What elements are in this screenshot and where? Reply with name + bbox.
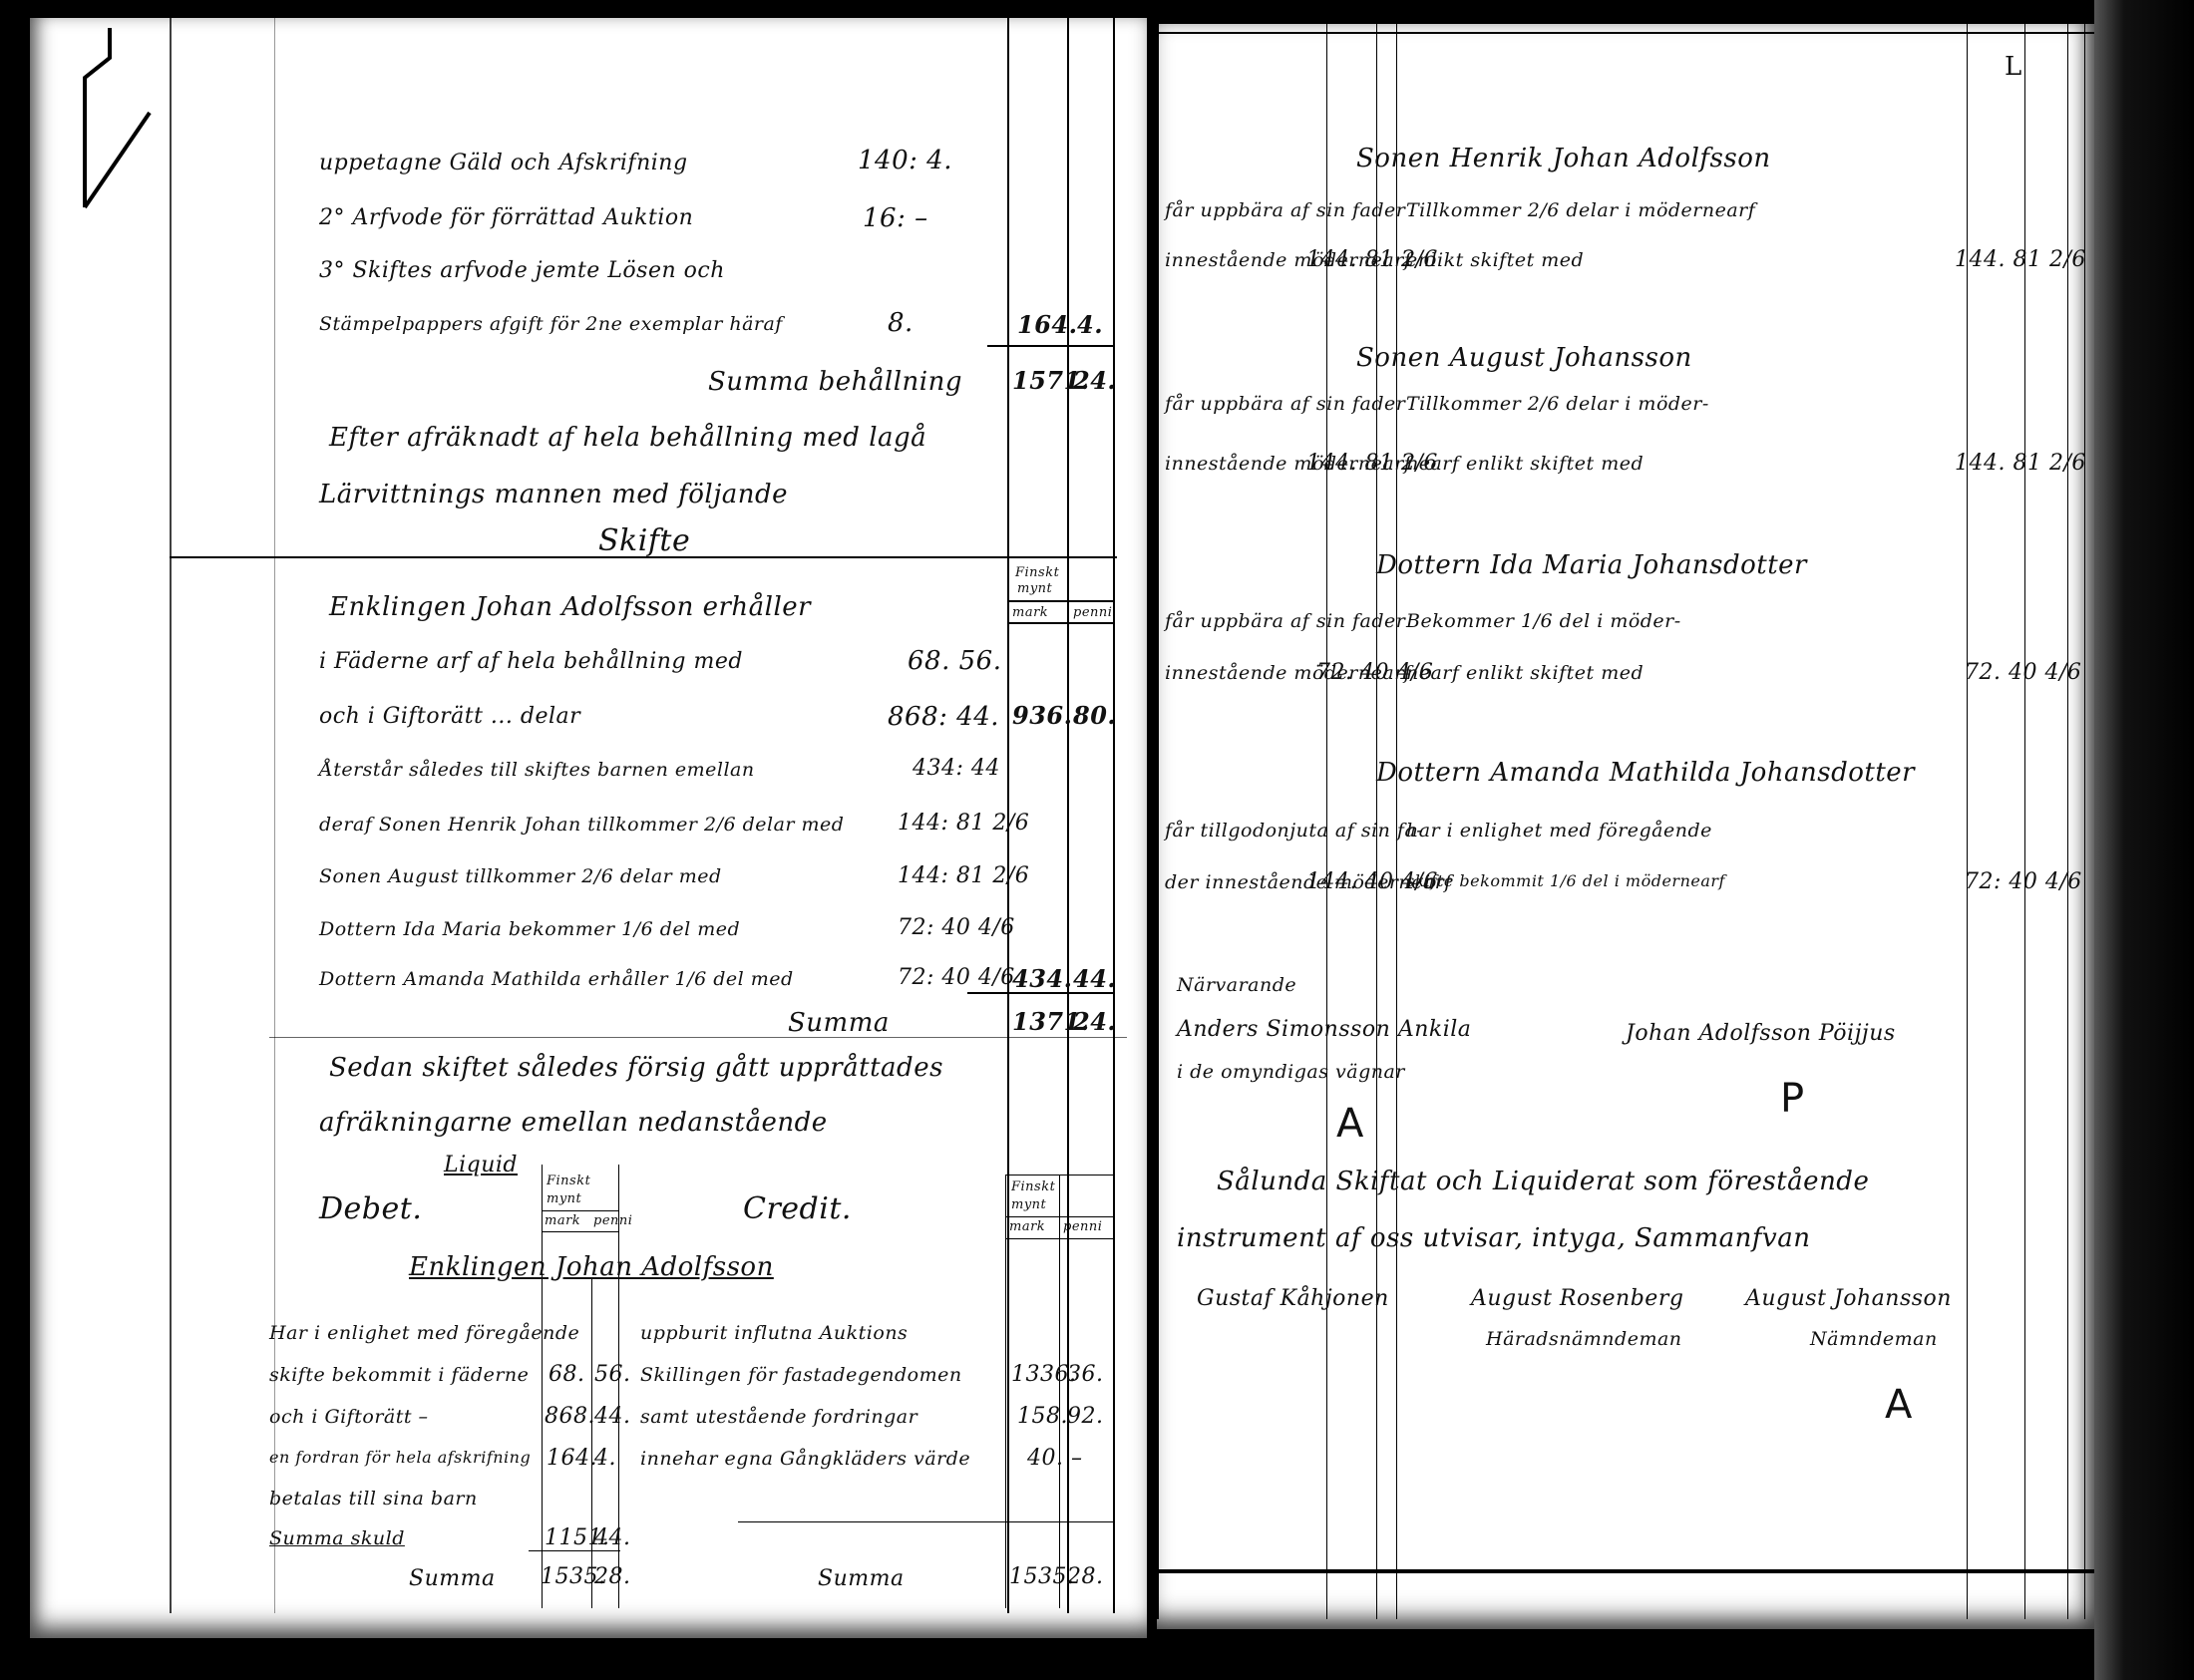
credit-header-mynt: mynt: [1011, 1198, 1046, 1212]
entry-amount: 8.: [888, 310, 914, 336]
corner-mark: L: [2005, 54, 2022, 80]
heir-right-line: nearf enlikt skiftet med: [1406, 455, 1644, 474]
debet-summa-penni: 28.: [594, 1566, 631, 1588]
credit-row-text: Skillingen för fastadegendomen: [640, 1366, 962, 1385]
witness-name: August Rosenberg: [1471, 1288, 1683, 1310]
col-header-mark: mark: [1012, 606, 1048, 620]
skifte-row-inline: 144: 81 2/6: [898, 865, 1029, 887]
debet-column-line: [591, 1279, 592, 1608]
subtotal-penni: 4.: [1077, 313, 1103, 337]
witness-name: Gustaf Kåhjonen: [1197, 1288, 1389, 1310]
section-rule: [170, 556, 1117, 558]
heir-left-line: får uppbära af sin fader: [1165, 612, 1405, 631]
heir-left-line: får uppbära af sin fader: [1165, 395, 1405, 414]
entry-text: 2° Arfvode för förrättad Auktion: [319, 207, 693, 229]
heir-right-line: Tillkommer 2/6 delar i möder-: [1406, 395, 1709, 414]
heir-left-line: får uppbära af sin fader: [1165, 201, 1405, 220]
subtotal-mark: 164.: [1017, 313, 1077, 337]
credit-column-line: [1059, 1175, 1060, 1608]
credit-header-finskt: Finskt: [1011, 1180, 1055, 1194]
signature-line: Närvarande: [1177, 976, 1296, 995]
col-header-finskt: Finskt: [1015, 566, 1059, 580]
heir-right-line: enlikt skiftet med: [1406, 251, 1584, 270]
liquid-intro-line: Sedan skiftet således försig gått uppråt…: [329, 1055, 943, 1081]
heir-heading: Dottern Ida Maria Johansdotter: [1376, 552, 1807, 578]
skifte-row-text: Återstår således till skiftes barnen eme…: [319, 761, 755, 780]
debet-row-text: betalas till sina barn: [269, 1490, 478, 1509]
skifte-row-mark: 434.: [1012, 967, 1072, 991]
scanned-book-spread: uppetagne Gäld och Afskrifning 140: 4. 2…: [0, 0, 2194, 1680]
heir-right-line: har i enlighet med föregående: [1406, 822, 1712, 840]
skifte-row-inline: 72: 40 4/6: [898, 967, 1015, 989]
signature-line: Anders Simonsson Ankila: [1177, 1019, 1471, 1041]
credit-column-line: [1005, 1175, 1006, 1608]
debet-row-penni: 44.: [594, 1406, 631, 1428]
rule: [542, 1231, 619, 1232]
signature-mark: A: [1336, 1101, 1363, 1147]
summa-behallning-penni: 24.: [1073, 369, 1116, 393]
rule: [1007, 600, 1115, 602]
summa-skifte-penni: 24.: [1073, 1010, 1116, 1034]
entry-text: Stämpelpappers afgift för 2ne exemplar h…: [319, 315, 783, 334]
heir-right-amount: 144. 81 2/6: [1955, 249, 2086, 271]
witness-name: August Johansson: [1745, 1288, 1952, 1310]
credit-row-text: innehar egna Gångkläders värde: [640, 1450, 970, 1469]
credit-summa-label: Summa: [818, 1568, 905, 1590]
debet-row-penni: 4.: [594, 1448, 616, 1470]
liquid-title: Liquid: [444, 1155, 518, 1176]
rule: [542, 1210, 619, 1211]
skifte-row-text: deraf Sonen Henrik Johan tillkommer 2/6 …: [319, 816, 844, 835]
rule: [1007, 622, 1115, 624]
skifte-row-penni: 80.: [1073, 704, 1116, 728]
skifte-row-mark: 936.: [1012, 704, 1072, 728]
heir-heading: Sonen Henrik Johan Adolfsson: [1356, 146, 1771, 171]
credit-row-text: uppburit influtna Auktions: [640, 1324, 908, 1343]
signature-mark: A: [1885, 1382, 1912, 1428]
debet-row-text: och i Giftorätt –: [269, 1408, 429, 1427]
witness-title: Häradsnämndeman: [1486, 1330, 1682, 1349]
debet-row-text: en fordran för hela afskrifning: [269, 1450, 531, 1466]
debet-header-mynt: mynt: [547, 1192, 581, 1206]
credit-row-mark: 40.: [1027, 1448, 1064, 1470]
debet-header-penni: penni: [593, 1214, 632, 1228]
witness-title: Nämndeman: [1810, 1330, 1938, 1349]
debet-row-text: Summa skuld: [269, 1529, 405, 1548]
heir-right-amount: 72. 40 4/6: [1965, 662, 2081, 684]
heir-right-line: skifte bekommit 1/6 del i mödernearf: [1406, 873, 1725, 889]
rule: [1005, 1216, 1115, 1217]
signature-line: i de omyndigas vägnar: [1177, 1063, 1405, 1082]
debet-row-mark: 68.: [548, 1364, 585, 1386]
heir-right-amount: 72: 40 4/6: [1965, 871, 2082, 893]
debet-row-text: Har i enlighet med föregående: [269, 1324, 579, 1343]
col-header-mynt: mynt: [1017, 582, 1052, 596]
credit-header-mark: mark: [1009, 1220, 1045, 1234]
entry-amount: 16: –: [863, 205, 928, 231]
summa-skifte-label: Summa: [788, 1010, 890, 1036]
credit-row-text: samt utestående fordringar: [640, 1408, 917, 1427]
liquid-person-heading: Enklingen Johan Adolfsson: [409, 1254, 774, 1280]
skifte-row-penni: 44.: [1073, 967, 1116, 991]
intro-line: Lärvittnings mannen med följande: [319, 482, 788, 507]
bottom-rule: [1157, 1569, 2094, 1573]
top-rule: [1157, 32, 2094, 34]
entry-amount: 140: 4.: [858, 148, 952, 173]
debet-row-penni: 56.: [594, 1364, 631, 1386]
heir-right-amount: 144. 81 2/6: [1955, 453, 2086, 475]
entry-text: 3° Skiftes arfvode jemte Lösen och: [319, 260, 725, 282]
debet-summa-label: Summa: [409, 1568, 496, 1590]
heir-heading: Sonen August Johansson: [1356, 345, 1692, 371]
skifte-row-text: Enklingen Johan Adolfsson erhåller: [329, 594, 811, 620]
credit-row-penni: 92.: [1067, 1406, 1104, 1428]
skifte-row-inline: 868: 44.: [888, 704, 999, 730]
credit-label: Credit.: [743, 1194, 852, 1224]
credit-row-mark: 158.: [1017, 1406, 1068, 1428]
credit-header-penni: penni: [1063, 1220, 1102, 1234]
intro-line: Efter afräknadt af hela behållning med l…: [329, 425, 926, 451]
margin-line: [1157, 24, 1159, 1619]
rule: [529, 1550, 620, 1551]
skifte-row-text: i Fäderne arf af hela behållning med: [319, 651, 743, 673]
skifte-row-inline: 72: 40 4/6: [898, 917, 1015, 939]
heir-heading: Dottern Amanda Mathilda Johansdotter: [1376, 760, 1915, 786]
summa-behallning-label: Summa behållning: [708, 369, 962, 395]
skifte-row-inline: 434: 44: [913, 758, 1000, 780]
rule: [967, 992, 1115, 994]
credit-summa-penni: 28.: [1067, 1566, 1104, 1588]
rule: [1005, 1238, 1115, 1239]
skifte-row-inline: 144: 81 2/6: [898, 813, 1029, 835]
debet-row-mark: 164.: [547, 1448, 597, 1470]
debet-header-mark: mark: [545, 1214, 580, 1228]
closing-line: Sålunda Skiftat och Liquiderat som föres…: [1217, 1169, 1869, 1194]
rule: [987, 345, 1115, 347]
heir-left-line: får tillgodonjuta af sin fa-: [1165, 822, 1423, 840]
debet-row-penni: 44.: [594, 1527, 631, 1549]
heir-right-line: Bekommer 1/6 del i möder-: [1406, 612, 1681, 631]
debet-label: Debet.: [319, 1194, 422, 1224]
right-page: L Sonen Henrik Johan Adolfsson får uppbä…: [1157, 24, 2094, 1629]
heir-right-line: nearf enlikt skiftet med: [1406, 664, 1644, 683]
section-title-skifte: Skifte: [598, 526, 690, 556]
torn-corner-mark: [50, 18, 170, 217]
rule: [738, 1521, 1115, 1522]
rule: [1005, 1175, 1115, 1176]
skifte-row-text: Sonen August tillkommer 2/6 delar med: [319, 867, 722, 886]
skifte-row-text: och i Giftorätt ... delar: [319, 706, 580, 728]
closing-line: instrument af oss utvisar, intyga, Samma…: [1177, 1225, 1810, 1251]
scan-edge-shadow: [2094, 0, 2194, 1680]
rule: [269, 1037, 1127, 1038]
debet-row-text: skifte bekommit i fäderne: [269, 1366, 529, 1385]
debet-header-finskt: Finskt: [547, 1175, 590, 1188]
amount-column-line: [1113, 18, 1115, 1613]
skifte-row-inline: 68. 56.: [908, 648, 1001, 674]
heir-right-line: Tillkommer 2/6 delar i mödernearf: [1406, 201, 1755, 220]
entry-text: uppetagne Gäld och Afskrifning: [319, 153, 688, 174]
skifte-row-text: Dottern Ida Maria bekommer 1/6 del med: [319, 920, 740, 939]
left-page: uppetagne Gäld och Afskrifning 140: 4. 2…: [30, 18, 1147, 1638]
credit-summa-mark: 1535.: [1009, 1566, 1074, 1588]
skifte-row-text: Dottern Amanda Mathilda erhåller 1/6 del…: [319, 970, 794, 989]
credit-row-penni: –: [1071, 1448, 1083, 1470]
credit-row-penni: 36.: [1067, 1364, 1104, 1386]
signature-johan: Johan Adolfsson Pöijjus: [1626, 1023, 1896, 1045]
debet-row-mark: 868.: [545, 1406, 595, 1428]
col-header-penni: penni: [1073, 606, 1112, 620]
signature-mark: P: [1780, 1076, 1804, 1122]
liquid-intro-line: afräkningarne emellan nedanstående: [319, 1110, 828, 1136]
margin-line: [170, 18, 172, 1613]
